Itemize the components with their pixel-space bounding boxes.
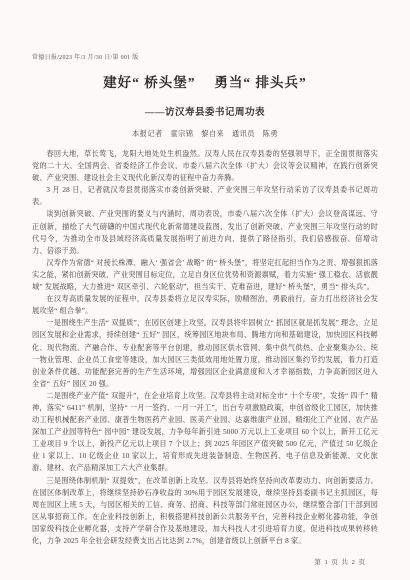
article-paragraph: 一是围绕生产生活“ 双提质”，在园区创建上攻坚。汉寿县将牢固树立“ 抓园区就是抓… — [32, 317, 378, 390]
newspaper-page: 常德日报/2023 年/3 月/30 日/第 001 版 建好“ 桥头堡” 勇当… — [0, 0, 410, 580]
page-number-footer: 第 1 页 共 2 页 — [32, 557, 366, 566]
article-paragraph: 春回大地，草长莺飞，龙阳大地处处生机盎然。汉寿人民在汉寿县委的坚强领导下，正全面… — [32, 148, 378, 184]
publication-meta: 常德日报/2023 年/3 月/30 日/第 001 版 — [32, 52, 378, 61]
article-title: 建好“ 桥头堡” 勇当“ 排头兵” — [32, 71, 378, 91]
article-paragraph: 三是围绕体制机制“ 双提效”，在改革创新上攻坚。汉寿县将始终坚持向改革要动力、向… — [32, 475, 378, 548]
article-paragraph: 二是围绕产业产值“ 双提升”，在企业培育上攻坚。汉寿县将主动对标全市“ 十个专项… — [32, 390, 378, 475]
article-paragraph: 汉寿作为常德“ 对接长株潭、融入‘ 强省会’ 战略” 的“ 桥头堡”，将坚定扛起… — [32, 257, 378, 293]
article-paragraph: 3 月 28 日，记者就汉寿县贯彻落实市委创新突破、产业突围三年攻坚行动采访了汉… — [32, 184, 378, 208]
article-body: 春回大地，草长莺飞，龙阳大地处处生机盎然。汉寿人民在汉寿县委的坚强领导下，正全面… — [32, 148, 378, 547]
page-content: 常德日报/2023 年/3 月/30 日/第 001 版 建好“ 桥头堡” 勇当… — [32, 52, 378, 566]
article-paragraph: 谈到创新突破、产业突围的要义与内涵时，周功表说，市委八届六次全体（扩大）会议登高… — [32, 208, 378, 256]
article-paragraph: 在汉寿高质量发展的征程中，汉寿县委将立足汉寿实际，励精图治，勇毅前行，奋力打出经… — [32, 293, 378, 317]
article-byline: 本报记者 童宗锦 黎自来 通讯员 陈勇 — [32, 129, 378, 139]
article-subtitle: ——访汉寿县委书记周功表 — [32, 104, 378, 118]
